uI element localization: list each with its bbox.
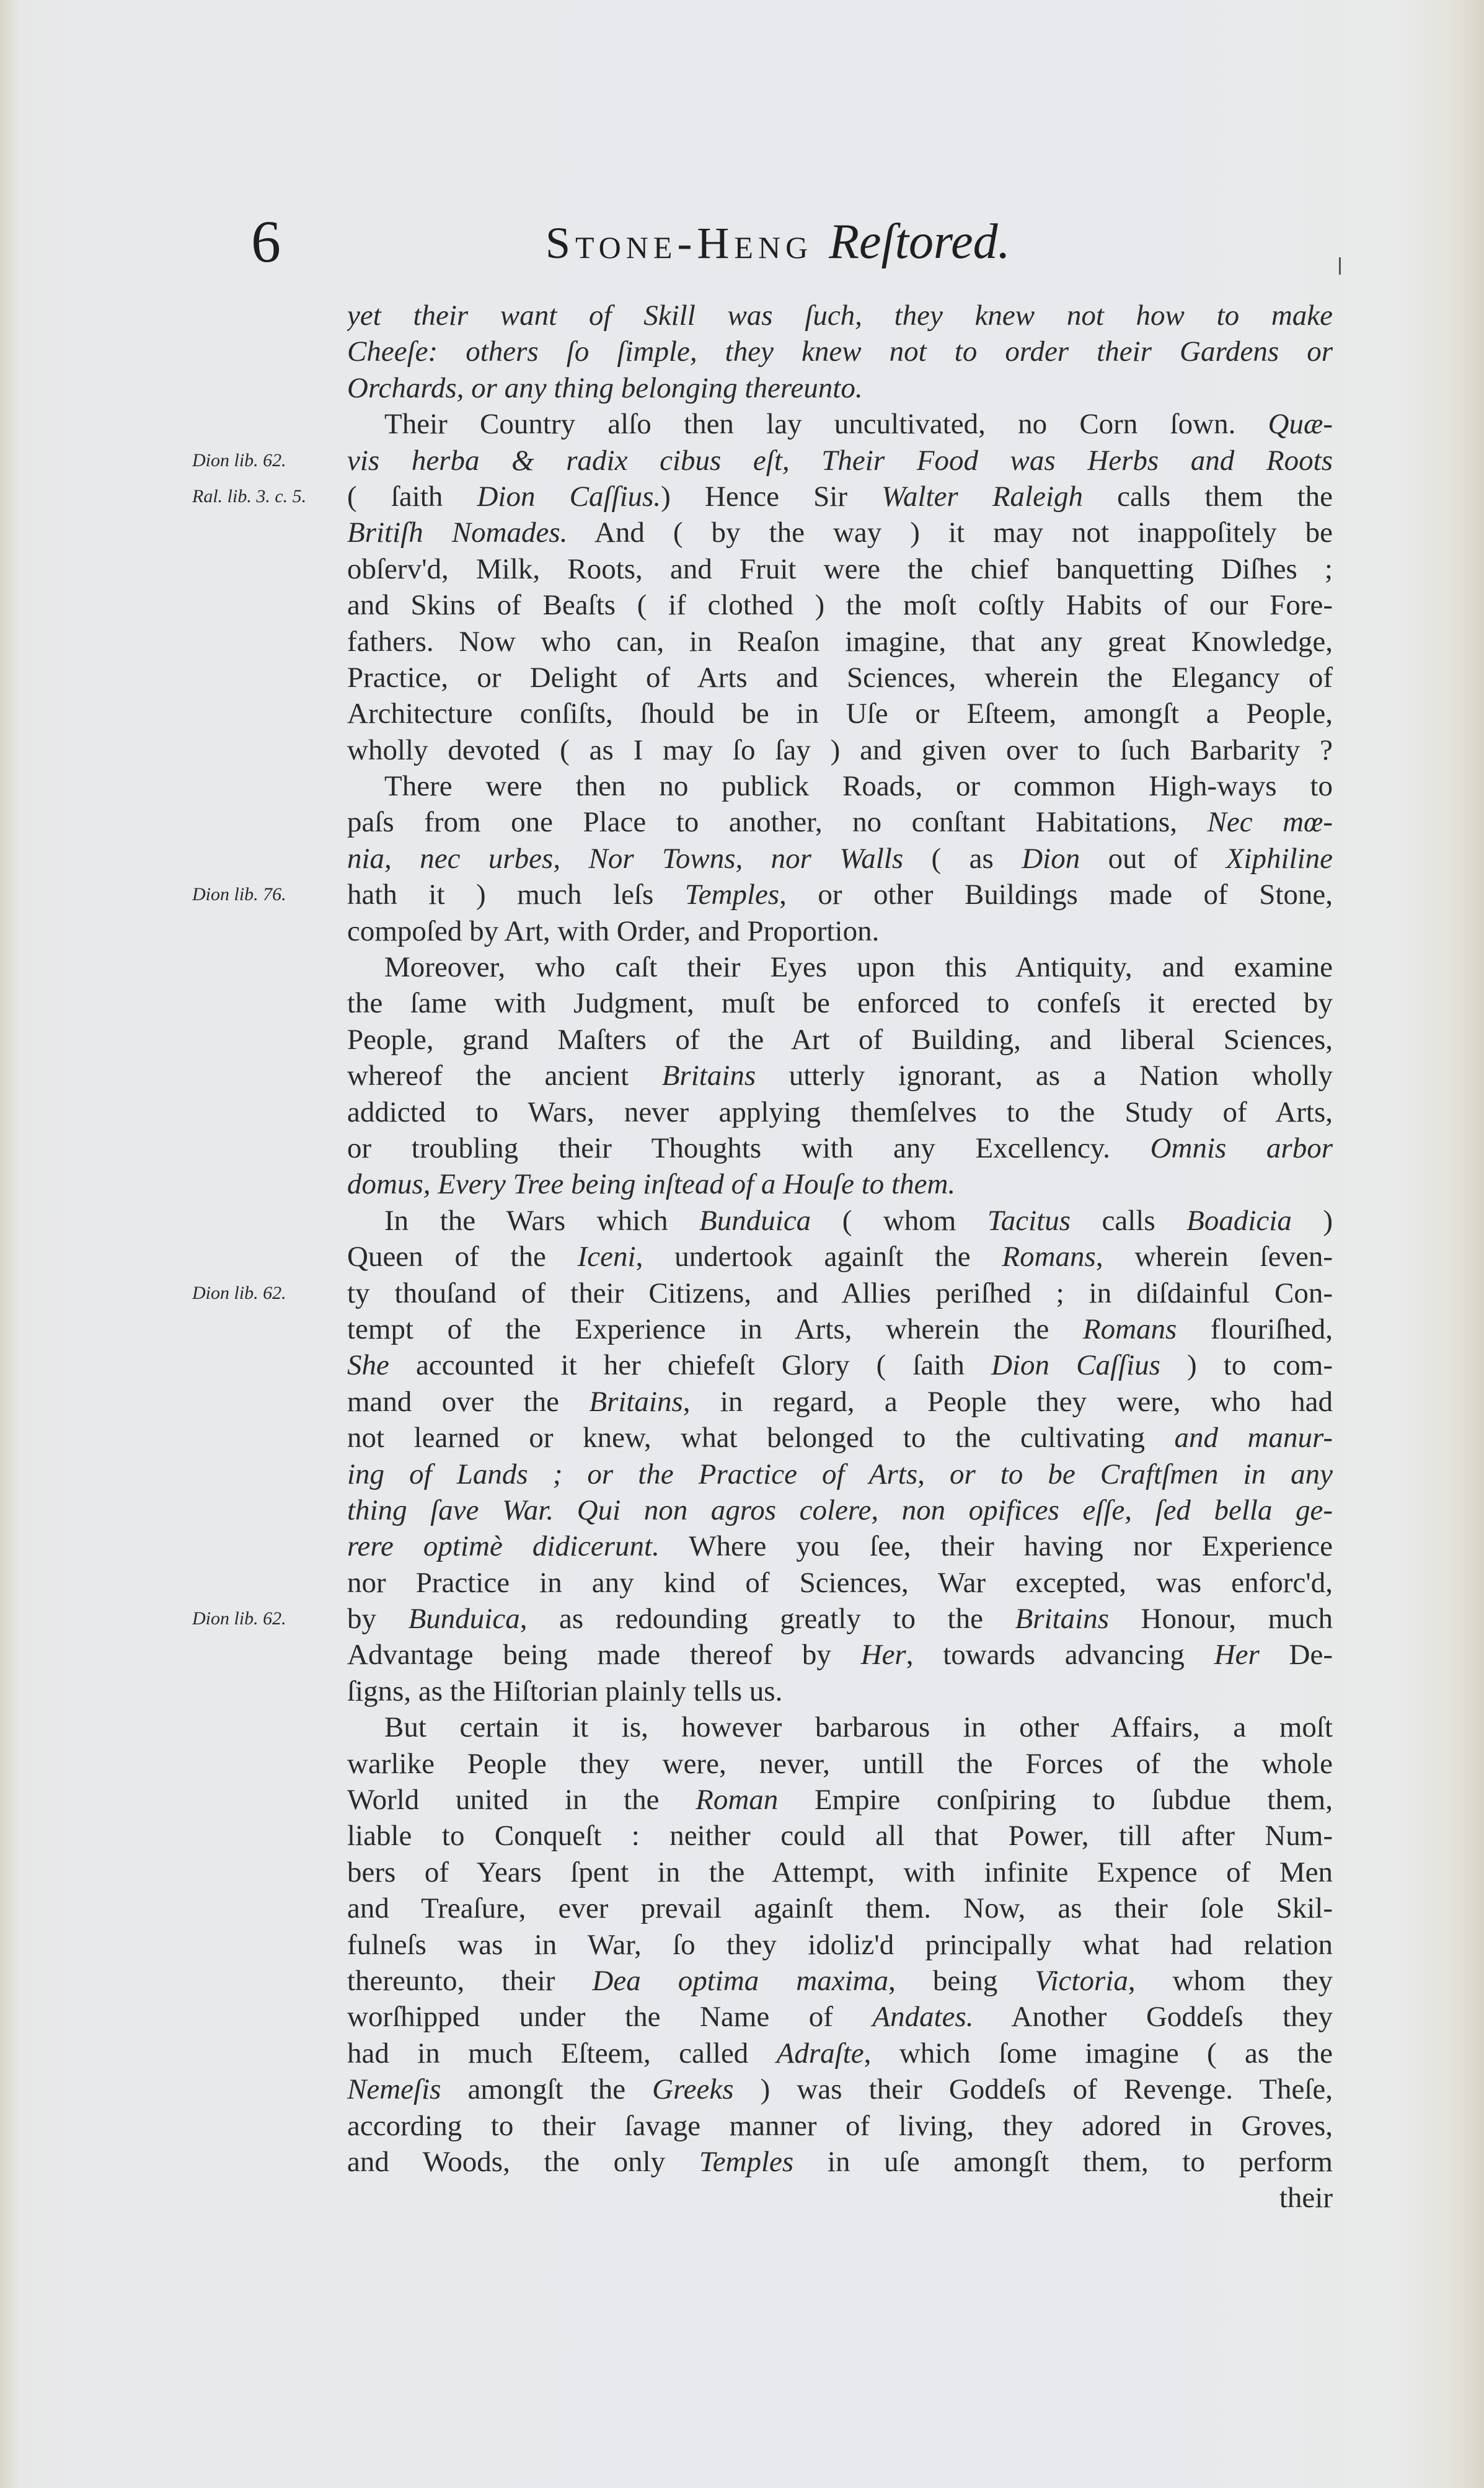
text-line: rere optimè didicerunt. Where you ſee, t…: [347, 1528, 1333, 1564]
text-line: vis herba & radix cibus eſt, Their Food …: [347, 443, 1333, 479]
text-line: World united in the Roman Empire conſpir…: [347, 1782, 1333, 1818]
margin-note: Dion lib. 76.: [192, 877, 341, 913]
text-line: warlike People they were, never, untill …: [347, 1746, 1333, 1782]
text-line: not learned or knew, what belonged to th…: [347, 1420, 1333, 1456]
text-line: Architecture conſiſts, ſhould be in Uſe …: [347, 696, 1333, 732]
text-line: hath it ) much leſs Temples, or other Bu…: [347, 877, 1333, 913]
text-line: Orchards, or any thing belonging thereun…: [347, 370, 1333, 406]
text-line: the ſame with Judgment, muſt be enforced…: [347, 985, 1333, 1021]
text-line: addicted to Wars, never applying themſel…: [347, 1094, 1333, 1130]
text-line: thing ſave War. Qui non agros colere, no…: [347, 1492, 1333, 1528]
running-title-caps: Stone-Heng: [545, 218, 813, 268]
text-line: ( ſaith Dion Caſſius.) Hence Sir Walter …: [347, 479, 1333, 515]
text-line: fathers. Now who can, in Reaſon imagine,…: [347, 624, 1333, 660]
text-line: yet their want of Skill was ſuch, they k…: [347, 298, 1333, 334]
text-line: and Woods, the only Temples in uſe among…: [347, 2144, 1333, 2180]
text-line: or troubling their Thoughts with any Exc…: [347, 1130, 1333, 1166]
text-line: bers of Years ſpent in the Attempt, with…: [347, 1854, 1333, 1890]
text-line: ſigns, as the Hiſtorian plainly tells us…: [347, 1673, 1333, 1709]
margin-note: Dion lib. 62.: [192, 1275, 341, 1311]
text-line: nia, nec urbes, Nor Towns, nor Walls ( a…: [347, 841, 1333, 877]
text-line: People, grand Maſters of the Art of Buil…: [347, 1022, 1333, 1058]
text-line: In the Wars which Bunduica ( whom Tacitu…: [347, 1203, 1333, 1239]
text-line: thereunto, their Dea optima maxima, bein…: [347, 1963, 1333, 1999]
text-line: ty thouſand of their Citizens, and Allie…: [347, 1275, 1333, 1311]
text-line: had in much Eſteem, called Adraſte, whic…: [347, 2035, 1333, 2071]
text-line: domus, Every Tree being inſtead of a Hou…: [347, 1166, 1333, 1202]
body-text: yet their want of Skill was ſuch, they k…: [347, 298, 1333, 2216]
margin-note: Dion lib. 62.: [192, 443, 341, 479]
text-line: whereof the ancient Britains utterly ign…: [347, 1058, 1333, 1094]
text-line: fulneſs was in War, ſo they idoliz'd pri…: [347, 1927, 1333, 1963]
text-line: Advantage being made thereof by Her, tow…: [347, 1637, 1333, 1673]
text-line: Moreover, who caſt their Eyes upon this …: [347, 949, 1333, 985]
page-number: 6: [251, 208, 281, 276]
text-line: Queen of the Iceni, undertook againſt th…: [347, 1239, 1333, 1275]
text-line: paſs from one Place to another, no conſt…: [347, 804, 1333, 840]
text-line: their: [347, 2180, 1333, 2216]
text-line: Nemeſis amongſt the Greeks ) was their G…: [347, 2071, 1333, 2107]
paper-mark: [1339, 257, 1341, 275]
text-line: and Skins of Beaſts ( if clothed ) the m…: [347, 587, 1333, 623]
margin-note: Dion lib. 62.: [192, 1601, 341, 1637]
text-line: according to their ſavage manner of livi…: [347, 2108, 1333, 2144]
text-line: Britiſh Nomades. And ( by the way ) it m…: [347, 515, 1333, 551]
text-line: Their Country alſo then lay uncultivated…: [347, 406, 1333, 442]
text-line: She accounted it her chiefeſt Glory ( ſa…: [347, 1347, 1333, 1383]
text-line: obſerv'd, Milk, Roots, and Fruit were th…: [347, 551, 1333, 587]
text-line: Cheeſe: others ſo ſimple, they knew not …: [347, 334, 1333, 370]
text-line: and Treaſure, ever prevail againſt them.…: [347, 1890, 1333, 1926]
running-title-italic: Reſtored.: [829, 215, 1010, 269]
running-title: Stone-Heng Reſtored.: [545, 208, 1010, 277]
text-line: nor Practice in any kind of Sciences, Wa…: [347, 1565, 1333, 1601]
text-line: mand over the Britains, in regard, a Peo…: [347, 1384, 1333, 1420]
text-line: worſhipped under the Name of Andates. An…: [347, 1999, 1333, 2035]
text-line: liable to Conqueſt : neither could all t…: [347, 1818, 1333, 1854]
margin-note: Ral. lib. 3. c. 5.: [192, 479, 341, 515]
text-line: by Bunduica, as redounding greatly to th…: [347, 1601, 1333, 1637]
text-line: wholly devoted ( as I may ſo ſay ) and g…: [347, 732, 1333, 768]
text-line: Practice, or Delight of Arts and Science…: [347, 660, 1333, 696]
text-line: There were then no publick Roads, or com…: [347, 768, 1333, 804]
text-line: tempt of the Experience in Arts, wherein…: [347, 1311, 1333, 1347]
text-line: ing of Lands ; or the Practice of Arts, …: [347, 1456, 1333, 1492]
page-header: 6 Stone-Heng Reſtored.: [0, 208, 1484, 276]
text-line: compoſed by Art, with Order, and Proport…: [347, 913, 1333, 949]
text-line: But certain it is, however barbarous in …: [347, 1709, 1333, 1745]
book-page: 6 Stone-Heng Reſtored. yet their want of…: [0, 0, 1484, 2488]
